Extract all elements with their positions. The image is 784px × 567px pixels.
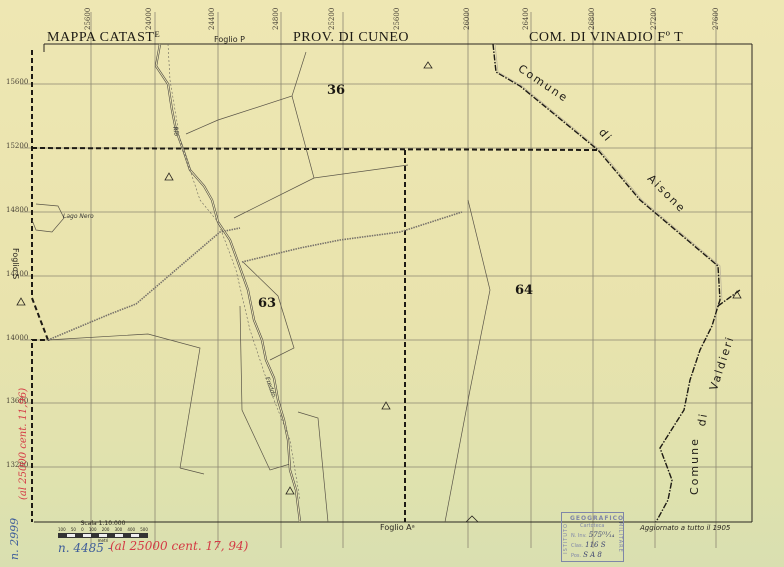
survey-point-markers [17,62,741,522]
updated-note: Aggiornato a tutto il 1905 [640,524,730,532]
grid-lines [20,12,752,548]
stamp-class-row: Clas.116 S [571,541,606,549]
stamp-inventory-row: N. Inv.575⁰¹⁄₁₄ [571,531,615,539]
stamp-pos-value: S A 8 [583,551,602,559]
scale-tick: 300 [115,527,123,532]
handwritten-inventory-left: n. 2999 [8,518,21,560]
scale-tick: 50 [71,527,76,532]
stamp-subheader: Cartoteca [580,523,604,529]
coord-top: 25600 [84,8,92,30]
scale-title: Scala 1:10.000 [58,520,148,527]
parcel-lines [32,52,490,522]
stamp-clas-label: Clas. [571,543,583,549]
lake-label: Lago Nero [63,213,94,220]
sheet-frame [34,44,752,522]
coord-top: 24400 [208,8,216,30]
province-title: PROV. DI CUNEO [293,30,409,46]
coord-top: 25600 [393,8,401,30]
scale-ticks: 100 50 0 100 200 300 400 500 [58,527,148,532]
river-inner [156,44,300,522]
adjacent-sheet-bottom: Foglio Aᵃ [380,523,415,532]
stamp-left-side: ISTITUTO [563,523,569,554]
stamp-pos-label: Pos. [571,553,581,559]
map-drawing [0,0,784,567]
coord-left: 15600 [6,78,28,86]
coord-top: 27200 [650,8,658,30]
coord-top: 26800 [588,8,596,30]
parcel-number-64: 64 [515,283,533,298]
comune-valdieri-label-1: Comune [688,437,701,495]
sheet-boundary-dashed [32,50,598,522]
stamp-header: GEOGRAFICO [570,515,624,522]
coord-top: 24000 [145,8,153,30]
municipality-title: COM. DI VINADIO Fº T [529,30,683,46]
coord-top: 27600 [712,8,720,30]
scale-tick: 400 [127,527,135,532]
scale-tick: 500 [140,527,148,532]
stamp-right-side: MILITARE [617,522,623,553]
coord-top: 25200 [328,8,336,30]
comune-valdieri-label-2: di [695,411,710,427]
coord-top: 26400 [522,8,530,30]
coord-top: 24800 [272,8,280,30]
coord-left: 14800 [6,206,28,214]
river-label-rio: Rio [171,126,180,137]
archive-stamp: GEOGRAFICO ISTITUTO MILITARE Cartoteca N… [561,512,624,562]
stamp-inv-label: N. Inv. [571,533,587,539]
stamp-inv-value: 575⁰¹⁄₁₄ [589,531,615,539]
scale-tick: 100 [58,527,66,532]
scale-tick: 0 [81,527,84,532]
river-trail [168,44,300,500]
river [156,44,300,522]
coord-top: 26000 [463,8,471,30]
handwritten-scale-note-bottom: (al 25000 cent. 17, 94) [110,539,248,553]
adjacent-sheet-top: Foglio P [214,35,245,44]
scale-tick: 200 [102,527,110,532]
handwritten-inventory-bottom: n. 4485 - [58,541,112,555]
coord-left: 15200 [6,142,28,150]
map-title: MAPPA CATASTᴱ [47,30,160,46]
stamp-position-row: Pos.S A 8 [571,551,602,559]
scale-tick: 100 [89,527,97,532]
adjacent-sheet-left: Foglio S [11,248,20,279]
coord-left: 14000 [6,334,28,342]
parcel-number-63: 63 [258,296,276,311]
stamp-clas-value: 116 S [585,541,605,549]
cadastral-map-sheet: MAPPA CATASTᴱ Foglio P PROV. DI CUNEO CO… [0,0,784,567]
handwritten-scale-note-left: (al 25000 cent. 11,96) [18,388,29,500]
parcel-number-36: 36 [327,83,345,98]
